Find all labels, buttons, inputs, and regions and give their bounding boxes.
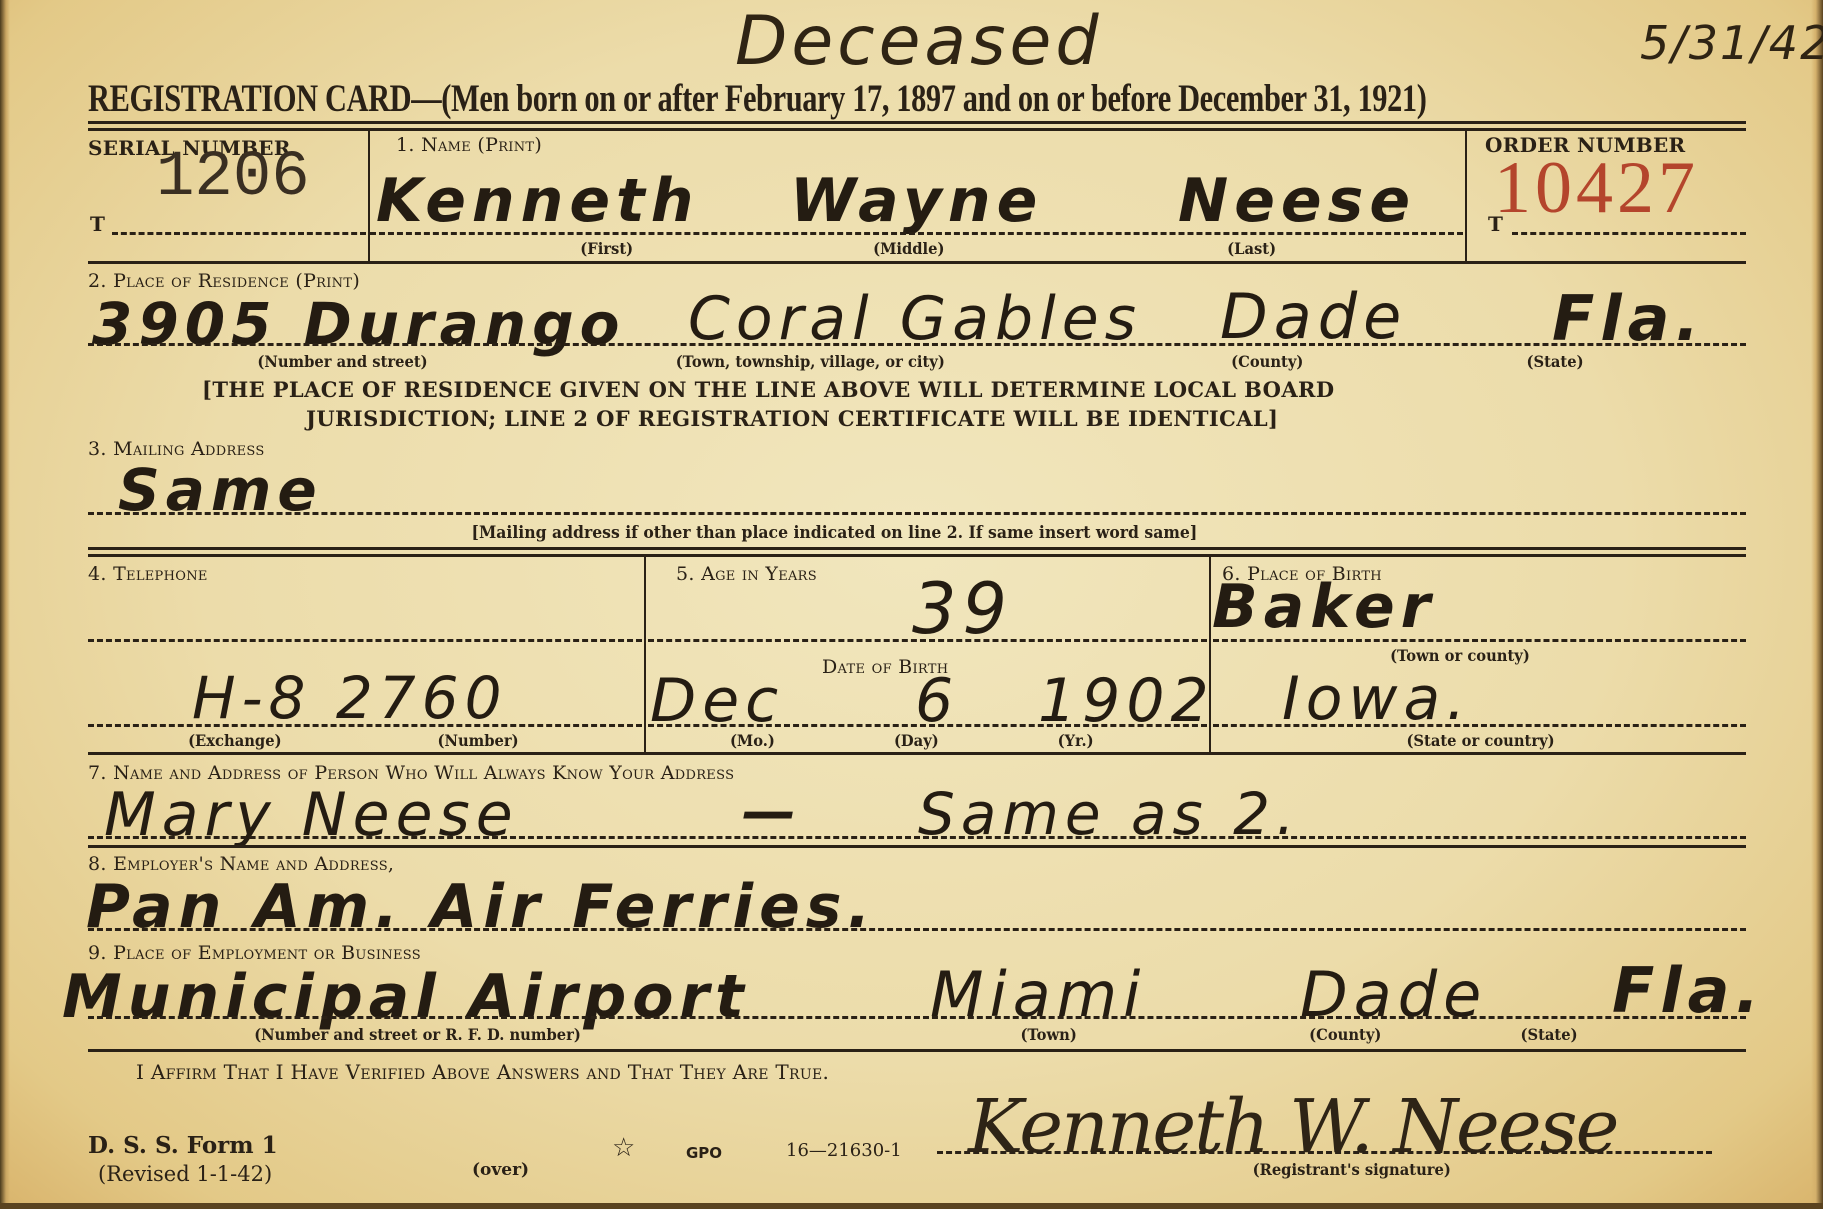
telephone-caption-exchange: (Exchange) <box>188 731 281 750</box>
order-divider <box>1465 131 1467 261</box>
age-line <box>648 639 1207 642</box>
serial-prefix: T <box>90 212 105 236</box>
signature-caption: (Registrant's signature) <box>1253 1160 1451 1179</box>
row1-bottom-rule <box>88 261 1746 264</box>
form-number: D. S. S. Form 1 <box>88 1132 278 1159</box>
age-value: 39 <box>912 568 1013 650</box>
birthplace-town: Baker <box>1212 572 1436 642</box>
name-last: Neese <box>1178 166 1416 236</box>
order-prefix: T <box>1488 212 1503 236</box>
residence-caption-street: (Number and street) <box>257 352 427 371</box>
title-rule-top <box>88 121 1746 124</box>
employment-place-town: Miami <box>930 958 1146 1031</box>
serial-number-value: 1206 <box>156 142 310 214</box>
dob-caption-day: (Day) <box>894 731 939 750</box>
age-label: 5. Age in Years <box>676 563 817 585</box>
row3-rule-top <box>88 547 1746 550</box>
dob-line <box>648 724 1207 727</box>
name-label: 1. Name (Print) <box>396 134 542 156</box>
serial-divider <box>368 131 370 261</box>
order-line <box>1512 232 1746 235</box>
name-middle: Wayne <box>790 166 1043 236</box>
residence-caption-county: (County) <box>1231 352 1303 371</box>
residence-caption-state: (State) <box>1526 352 1583 371</box>
employment-place-county: Dade <box>1300 958 1487 1031</box>
mailing-caption: [Mailing address if other than place ind… <box>472 523 1198 543</box>
row3-rule-bottom <box>88 554 1746 557</box>
name-first: Kenneth <box>376 166 699 236</box>
employment-caption-county: (County) <box>1309 1025 1381 1044</box>
telephone-value: H-8 2760 <box>192 664 508 732</box>
mailing-line <box>88 512 1746 515</box>
employment-caption-street: (Number and street or R. F. D. number) <box>254 1025 581 1044</box>
signature-line <box>937 1151 1712 1154</box>
registrant-signature: Kenneth W. Neese <box>968 1084 1617 1170</box>
row7-bottom-rule <box>88 845 1746 848</box>
telephone-label: 4. Telephone <box>88 563 208 585</box>
order-number-value: 10427 <box>1494 146 1699 231</box>
residence-line <box>88 343 1746 346</box>
contact-line <box>88 836 1746 839</box>
telephone-caption-number: (Number) <box>438 731 519 750</box>
employment-place-street: Municipal Airport <box>62 962 750 1032</box>
name-caption-last: (Last) <box>1227 239 1276 258</box>
over-note: (over) <box>472 1160 529 1180</box>
birthplace-caption-town: (Town or county) <box>1390 646 1530 665</box>
card-edge-right <box>1811 0 1823 1209</box>
row6-bottom-rule <box>88 752 1746 755</box>
employer-line <box>88 928 1746 931</box>
date-annotation: 5/31/42 <box>1640 16 1823 70</box>
residence-caption-town: (Town, township, village, or city) <box>676 352 945 371</box>
star-icon: ☆ <box>612 1133 635 1163</box>
employment-caption-state: (State) <box>1520 1025 1577 1044</box>
residence-street: 3905 Durango <box>92 290 625 358</box>
employer-value: Pan Am. Air Ferries. <box>86 872 876 942</box>
name-line <box>370 232 1463 235</box>
form-revised: (Revised 1-1-42) <box>98 1162 272 1186</box>
telephone-line-2 <box>88 724 642 727</box>
card-edge-left <box>0 0 10 1209</box>
birthplace-line-1 <box>1213 639 1746 642</box>
employment-place-label: 9. Place of Employment or Business <box>88 942 421 964</box>
affirmation-text: I Affirm That I Have Verified Above Answ… <box>136 1060 829 1084</box>
birthplace-caption-state: (State or country) <box>1406 731 1554 750</box>
contact-name: Mary Neese <box>104 780 519 850</box>
dob-caption-year: (Yr.) <box>1058 731 1094 750</box>
card-title: REGISTRATION CARD—(Men born on or after … <box>88 76 1426 121</box>
title-rule-bottom <box>88 128 1746 131</box>
gpo-mark: GPO <box>686 1144 722 1162</box>
telephone-divider <box>644 557 646 753</box>
serial-line <box>112 232 366 235</box>
deceased-annotation: Deceased <box>735 2 1103 81</box>
print-code: 16—21630-1 <box>786 1140 902 1161</box>
employment-place-line <box>88 1016 1746 1019</box>
row9-bottom-rule <box>88 1049 1746 1052</box>
residence-label: 2. Place of Residence (Print) <box>88 270 360 292</box>
card-edge-bottom <box>0 1203 1823 1209</box>
residence-notice-line1: [THE PLACE OF RESIDENCE GIVEN ON THE LIN… <box>202 377 1335 402</box>
name-caption-middle: (Middle) <box>873 239 944 258</box>
name-caption-first: (First) <box>580 239 633 258</box>
dob-caption-month: (Mo.) <box>730 731 775 750</box>
residence-notice-line2: JURISDICTION; LINE 2 OF REGISTRATION CER… <box>306 406 1278 431</box>
employment-caption-town: (Town) <box>1020 1025 1076 1044</box>
contact-dash: — <box>742 780 802 843</box>
birthplace-line-2 <box>1213 724 1746 727</box>
telephone-line-1 <box>88 639 642 642</box>
registration-card: Deceased 5/31/42 REGISTRATION CARD—(Men … <box>0 0 1823 1209</box>
